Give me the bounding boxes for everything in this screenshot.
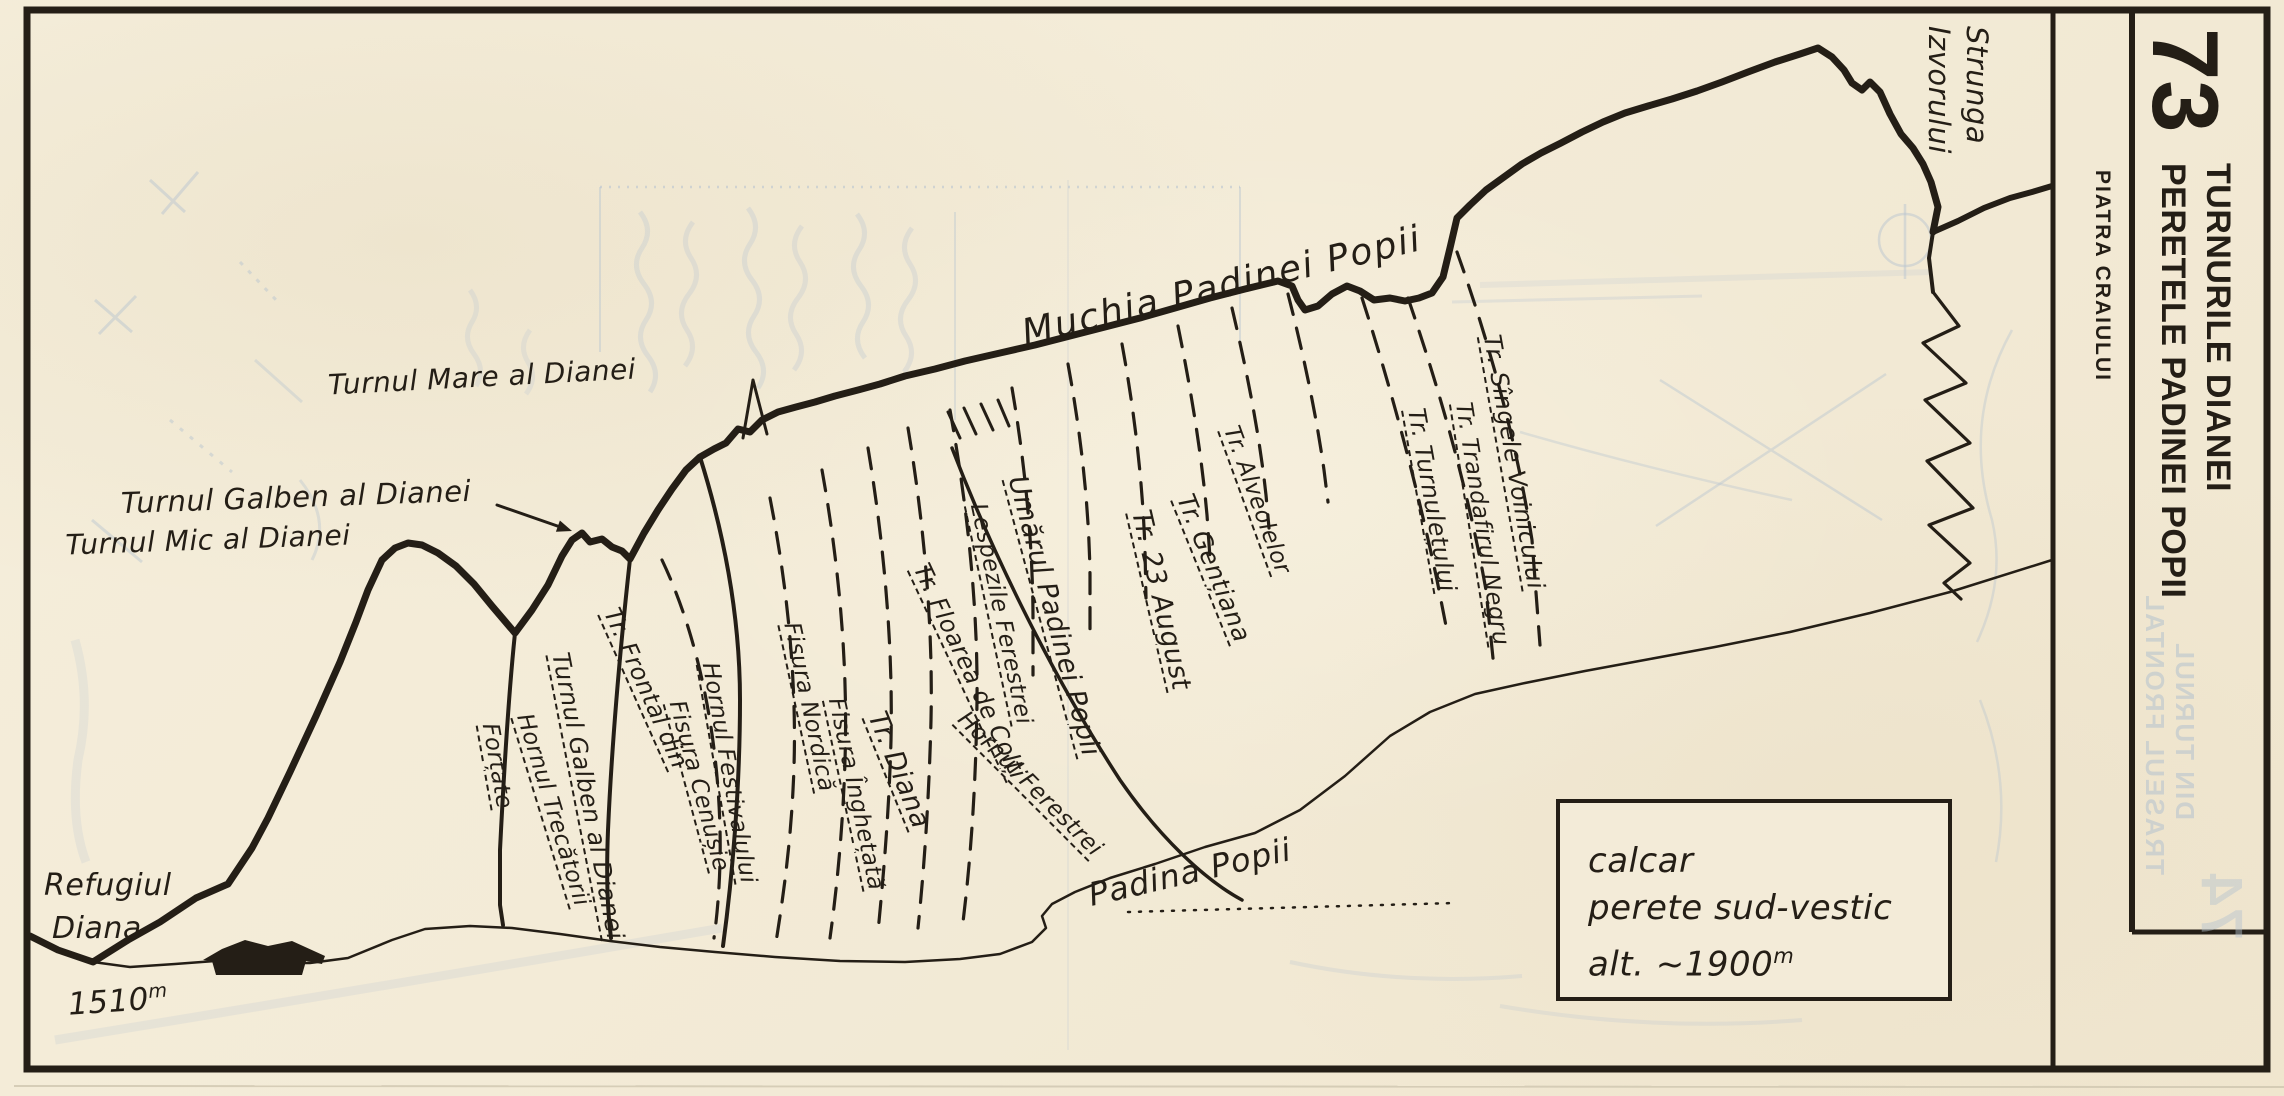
refuge-line2: Diana: [44, 907, 172, 950]
skyline-connector: [1929, 232, 1933, 292]
trail-dotted-line: [1128, 903, 1455, 912]
page-title: TURNURILE DIANEI PERETELE PADINEI POPII: [2150, 163, 2240, 598]
refuge-label: Refugiul Diana: [44, 864, 172, 950]
strunga-izvorului-label: Strunga Izvorului: [1920, 26, 1996, 154]
zigzag-couloir: [1923, 292, 1973, 599]
refuge-hut-icon: [203, 940, 325, 975]
ridge-hatches: [948, 400, 1009, 438]
strunga-line1: Strunga: [1958, 26, 1996, 154]
refuge-line1: Refugiul: [44, 864, 172, 907]
strunga-line2: Izvorului: [1920, 26, 1958, 154]
legend-altitude-unit: m: [1773, 943, 1794, 968]
pointer-arrowhead: [556, 521, 572, 532]
altitude-unit: m: [148, 979, 169, 1003]
skyline-branch: [1933, 186, 2052, 232]
altitude-value: 1510: [67, 981, 150, 1023]
legend-text: calcar perete sud-vestic alt. ~1900m: [1588, 838, 1892, 988]
page-edge-shadow: [14, 1086, 2284, 1087]
legend-altitude-value: alt. ~1900: [1588, 944, 1773, 984]
bleed-through-title-line1: TRASEUL FRONTAL: [2139, 593, 2170, 875]
page-title-line2: PERETELE PADINEI POPII: [2150, 163, 2195, 598]
legend-altitude: alt. ~1900m: [1588, 932, 1892, 988]
page-title-line1: TURNURILE DIANEI: [2195, 163, 2240, 598]
pointer-arrow: [497, 505, 566, 529]
page-number: 73: [2138, 28, 2232, 133]
scanned-guidebook-page: 73 TURNURILE DIANEI PERETELE PADINEI POP…: [0, 0, 2284, 1096]
region-label: PIATRA CRAIULUI: [2090, 170, 2114, 382]
bleed-through-title-line2: DIN TURNUL: [2169, 641, 2200, 820]
legend-rock-type: calcar: [1588, 838, 1892, 885]
refuge-altitude: 1510m: [67, 979, 169, 1023]
bleed-through-page-number: 74: [2188, 871, 2255, 940]
legend-wall-aspect: perete sud-vestic: [1588, 885, 1892, 932]
